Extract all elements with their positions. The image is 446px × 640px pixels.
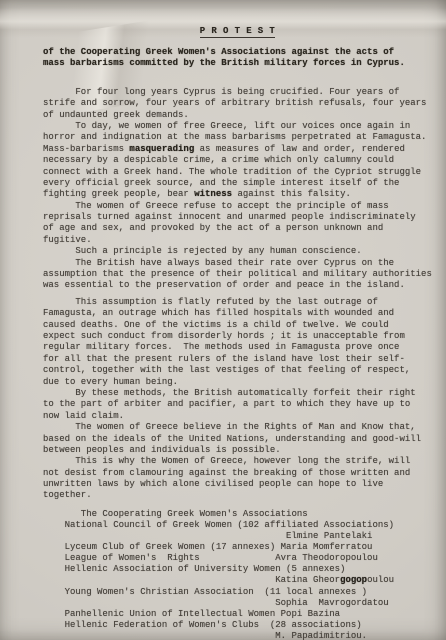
text-line: horror and indignation at the mass barba… (43, 132, 434, 143)
text-line: control, together with the last vestiges… (43, 365, 434, 376)
text-line: Mass-barbarisms masquerading as measures… (43, 144, 434, 155)
text-line: of the Cooperating Greek Women's Associa… (43, 47, 434, 58)
text-line: for all that the present rulers of the i… (43, 354, 434, 365)
text-line: now laid claim. (43, 411, 434, 422)
para-forfeit: By these methods, the British automatica… (43, 388, 434, 422)
text-line: The British have always based their rate… (43, 258, 434, 269)
text-line: caused deaths. One of the victims is a c… (43, 320, 434, 331)
text-line: connect with a Greek hand. The whole tra… (43, 167, 434, 178)
para-clamouring: This is why the Women of Greece, however… (43, 456, 434, 502)
text-line: Panhellenic Union of Intellectual Women … (43, 609, 434, 620)
para-famagusta-outrage: This assumption is flatly refuted by the… (43, 297, 434, 388)
text-line: The women of Greece refuse to accept the… (43, 201, 434, 212)
text-line: assumption that the presence of their po… (43, 269, 434, 280)
text-line: League of Women's Rights Avra Theodoropo… (43, 553, 434, 564)
signatures: The Cooperating Greek Women's Associatio… (43, 509, 434, 640)
text-line: necessary by a despicable crime, a crime… (43, 155, 434, 166)
para-today: To day, we women of free Greece, lift ou… (43, 121, 434, 201)
text-line: For four long years Cyprus is being cruc… (43, 87, 434, 98)
text-line: strife and sorrow, four years of arbitra… (43, 98, 434, 109)
text-line: Famagusta, an outrage which has filled h… (43, 308, 434, 319)
text-line: expect such conduct from disorderly hord… (43, 331, 434, 342)
scanned-protest-document: P R O T E S T of the Cooperating Greek W… (0, 0, 446, 640)
text-line: due to every human being. (43, 377, 434, 388)
text-line: of undaunted greek demands. (43, 110, 434, 121)
text-line: To day, we women of free Greece, lift ou… (43, 121, 434, 132)
text-line: to the part of arbiter and pacifier, a p… (43, 399, 434, 410)
document-content: P R O T E S T of the Cooperating Greek W… (0, 0, 446, 640)
document-title: P R O T E S T (200, 26, 275, 38)
text-line: The Cooperating Greek Women's Associatio… (43, 509, 434, 520)
text-line: National Council of Greek Women (102 aff… (43, 520, 434, 531)
text-line: Hellenic Association of University Women… (43, 564, 434, 575)
text-line: Elmine Pantelaki (43, 531, 434, 542)
text-line: fighting greek people, bear witness agai… (43, 189, 434, 200)
text-line: between peoples and individuals is possi… (43, 445, 434, 456)
title-row: P R O T E S T (43, 26, 432, 38)
para-refuse: The women of Greece refuse to accept the… (43, 201, 434, 247)
text-line: regular military forces. The methods use… (43, 342, 434, 353)
text-line: Lyceum Club of Greek Women (17 annexes) … (43, 542, 434, 553)
document-body: of the Cooperating Greek Women's Associa… (43, 47, 434, 640)
text-line: This is why the Women of Greece, however… (43, 456, 434, 467)
para-british-rule: The British have always based their rate… (43, 258, 434, 292)
text-line: based on the ideals of the United Nation… (43, 434, 434, 445)
para-crucified: For four long years Cyprus is being cruc… (43, 87, 434, 121)
text-line: Young Women's Christian Association (11 … (43, 587, 434, 598)
text-line: Sophia Mavrogordatou (43, 598, 434, 609)
text-line: every official greek source, and the sim… (43, 178, 434, 189)
text-line: Katina Gheorgogopoulou (43, 575, 434, 586)
text-line: not desist from clamouring against the b… (43, 468, 434, 479)
text-line: This assumption is flatly refuted by the… (43, 297, 434, 308)
text-line: was essential to the preservation of ord… (43, 280, 434, 291)
text-line: Hellenic Federation of Women's Clubs (28… (43, 620, 434, 631)
text-line: M. Papadimitriou. (43, 631, 434, 640)
text-line: By these methods, the British automatica… (43, 388, 434, 399)
text-line: The women of Greece believe in the Right… (43, 422, 434, 433)
para-conscience: Such a principle is rejected by any huma… (43, 246, 434, 257)
text-line: Such a principle is rejected by any huma… (43, 246, 434, 257)
text-line: reprisals turned against innocent and un… (43, 212, 434, 223)
text-line: fugitive. (43, 235, 434, 246)
text-line: unwritten laws by which alone civilised … (43, 479, 434, 490)
text-line: of age and sex, and provoked by the act … (43, 223, 434, 234)
para-rights-of-man: The women of Greece believe in the Right… (43, 422, 434, 456)
text-line: mass barbarisms committed by the British… (43, 58, 434, 69)
intro-statement: of the Cooperating Greek Women's Associa… (43, 47, 434, 70)
text-line: together. (43, 490, 434, 501)
